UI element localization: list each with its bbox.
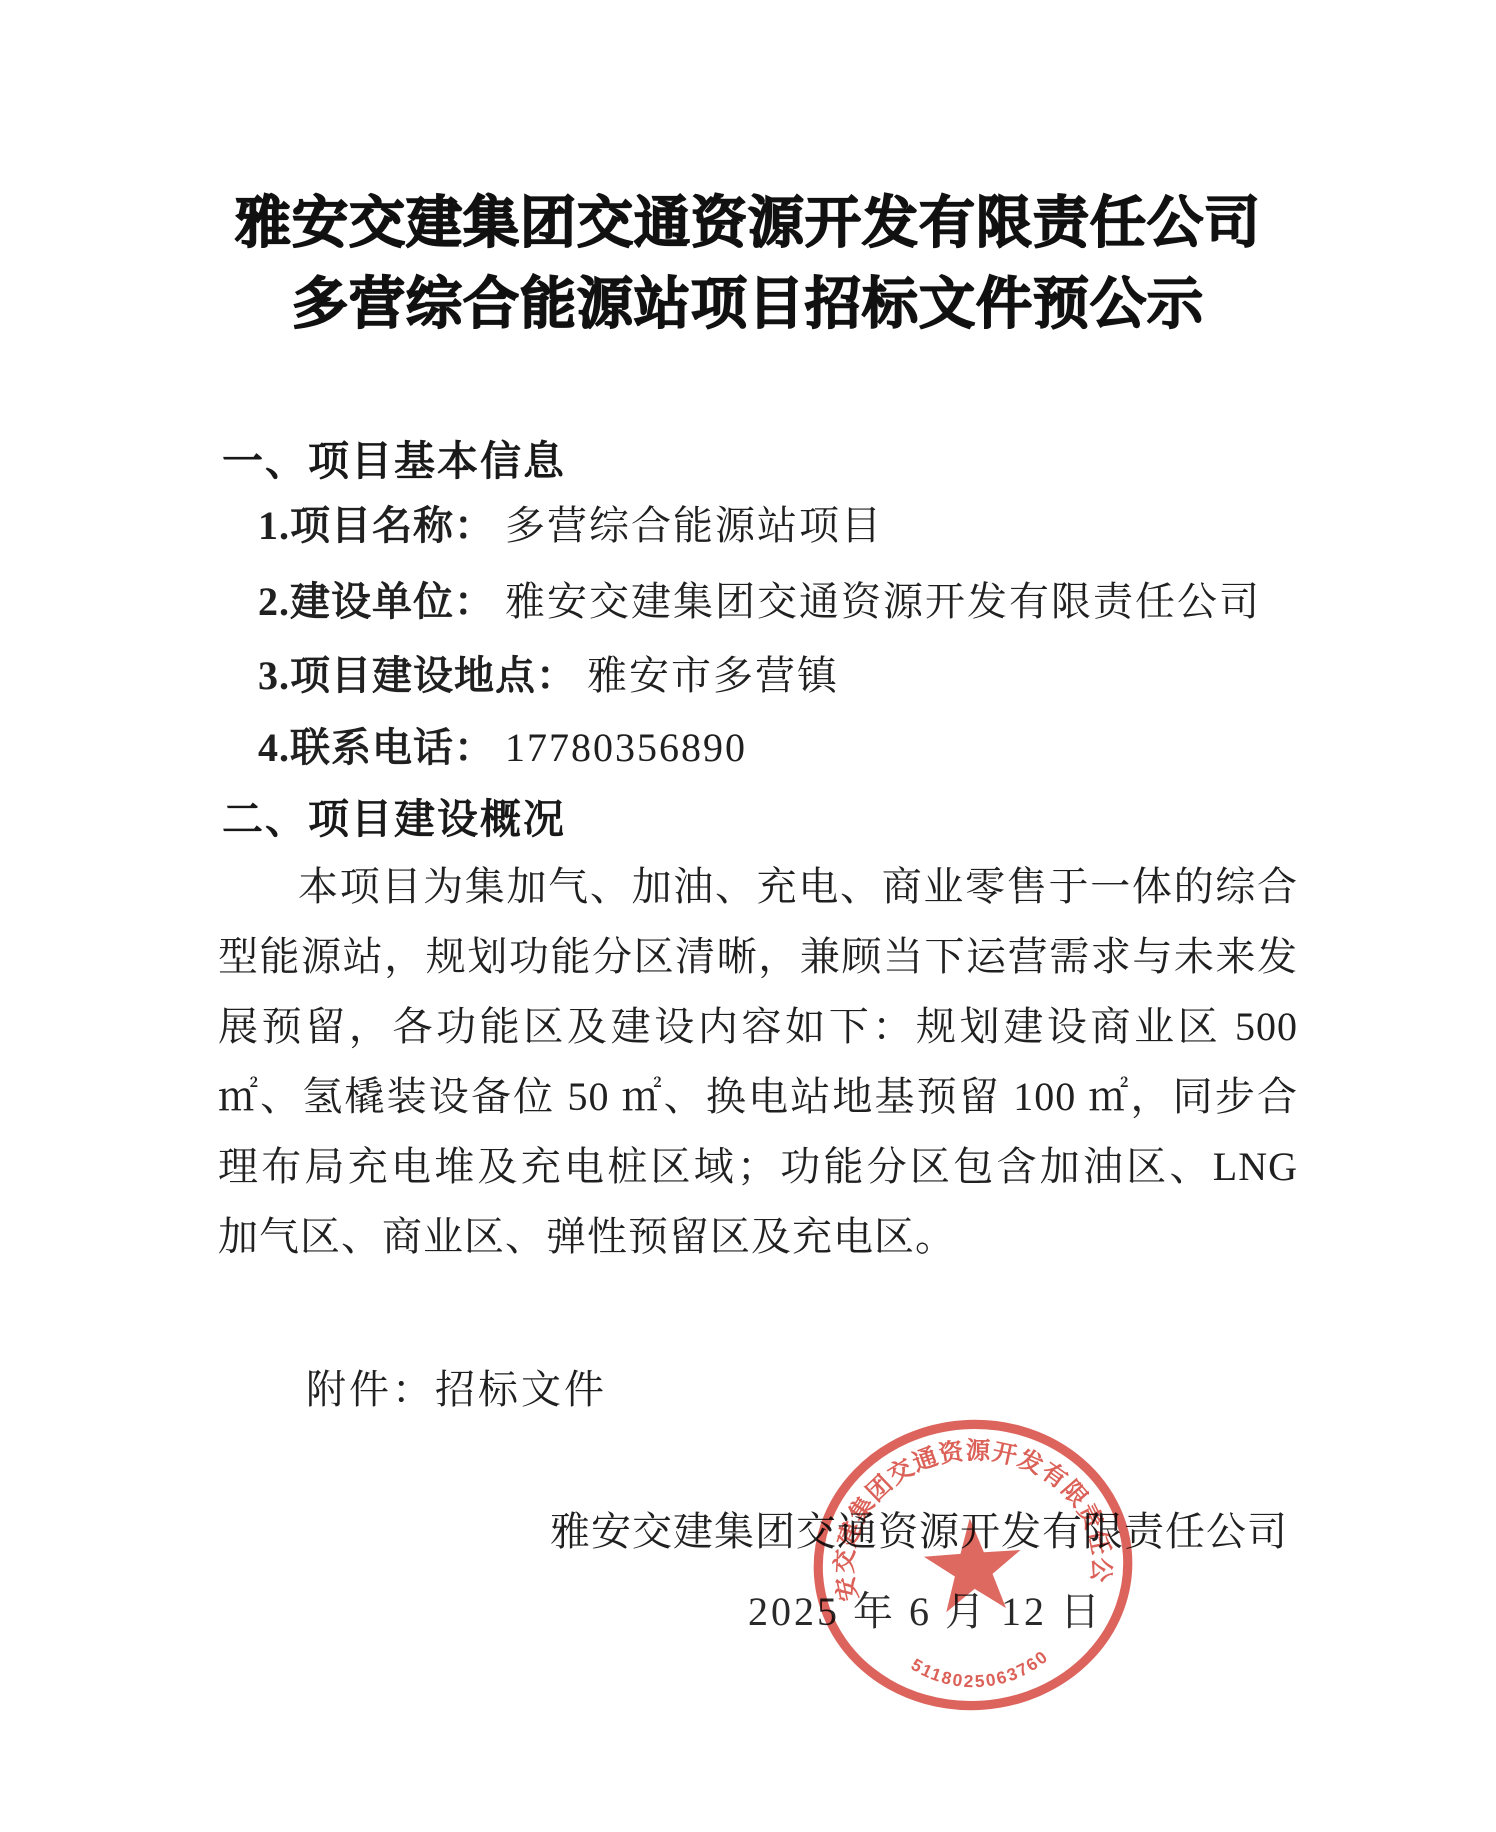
signature-date: 2025 年 6 月 12 日: [748, 1580, 1103, 1637]
info-item-phone: 4.联系电话：17780356890: [258, 716, 747, 773]
section-1-heading: 一、项目基本信息: [222, 428, 566, 487]
info-item-project-name: 1.项目名称：多营综合能源站项目: [258, 494, 883, 551]
info-item-label: 3.项目建设地点：: [258, 653, 577, 698]
signature-company: 雅安交建集团交通资源开发有限责任公司: [550, 1500, 1288, 1557]
info-item-label: 1.项目名称：: [258, 503, 495, 548]
title-line-1: 雅安交建集团交通资源开发有限责任公司: [0, 182, 1496, 263]
attachment-note: 附件：招标文件: [306, 1358, 607, 1415]
overview-paragraph: 本项目为集加气、加油、充电、商业零售于一体的综合型能源站，规划功能分区清晰，兼顾…: [218, 852, 1298, 1272]
document-title: 雅安交建集团交通资源开发有限责任公司 多营综合能源站项目招标文件预公示: [0, 182, 1496, 344]
info-item-value: 雅安交建集团交通资源开发有限责任公司: [505, 579, 1261, 624]
info-item-location: 3.项目建设地点：雅安市多营镇: [258, 644, 839, 701]
section-2-heading: 二、项目建设概况: [222, 786, 566, 845]
seal-number-arc: 5118025063760: [907, 1645, 1055, 1696]
info-item-owner: 2.建设单位：雅安交建集团交通资源开发有限责任公司: [258, 570, 1261, 627]
info-item-value: 雅安市多营镇: [587, 653, 839, 698]
info-item-label: 2.建设单位：: [258, 579, 495, 624]
document-page: 雅安交建集团交通资源开发有限责任公司 多营综合能源站项目招标文件预公示 一、项目…: [0, 0, 1496, 1832]
info-item-value: 17780356890: [505, 725, 747, 770]
title-line-2: 多营综合能源站项目招标文件预公示: [0, 263, 1496, 344]
official-seal: 雅安交建集团交通资源开发有限责任公司 5118025063760: [798, 1403, 1148, 1727]
info-item-label: 4.联系电话：: [258, 725, 495, 770]
svg-text:5118025063760: 5118025063760: [907, 1645, 1055, 1696]
seal-ring: [809, 1414, 1137, 1716]
info-item-value: 多营综合能源站项目: [505, 503, 883, 548]
